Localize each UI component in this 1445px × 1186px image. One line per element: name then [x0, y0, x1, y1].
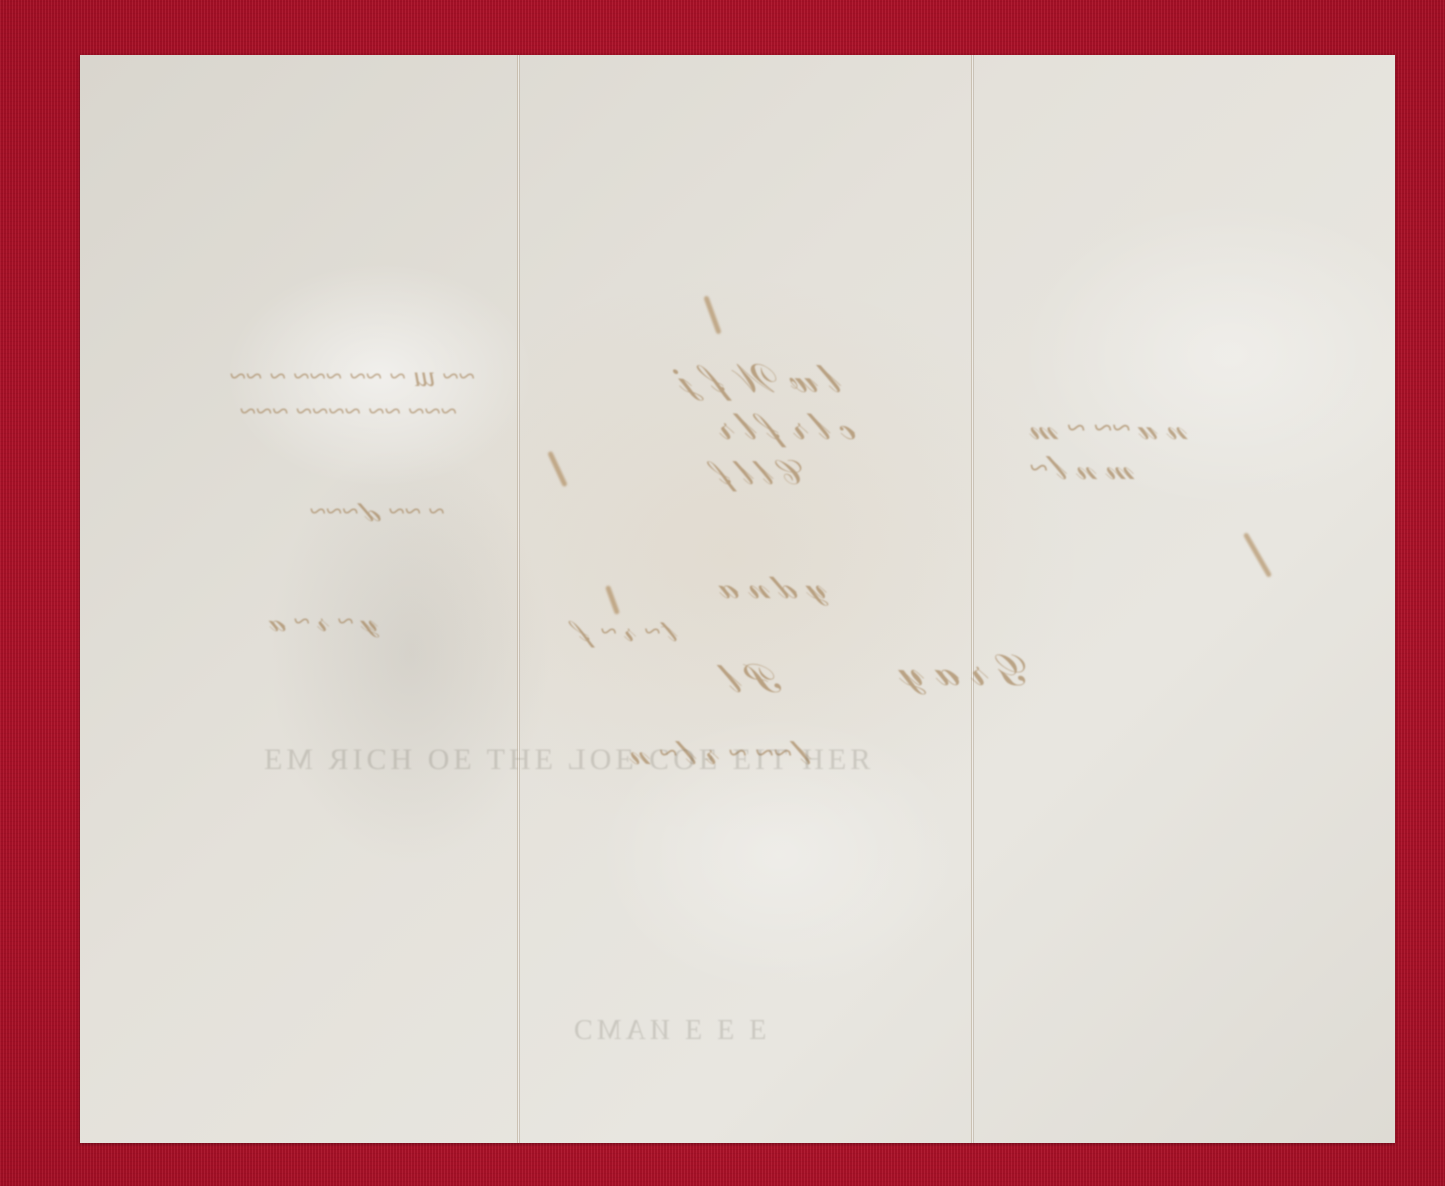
ink-stroke [547, 451, 568, 488]
ink-stroke [605, 585, 620, 615]
ink-stroke [703, 295, 721, 334]
bleed-through-handwriting: 𝓂 𝓃 𝓁 ~ [1030, 450, 1135, 488]
bleed-through-handwriting: 𝓃 𝓊 ~~ ~ 𝓂 [1030, 410, 1188, 448]
bleed-through-handwriting: 𝒫 𝓁 [730, 655, 782, 702]
ink-stroke [1243, 532, 1272, 578]
bleed-through-handwriting: 𝓉 ~ 𝓇 ~ 𝒻 [580, 615, 679, 649]
fold-line-right [971, 55, 974, 1143]
bleed-through-print: Ǝ Ǝ Ǝ ИAMƆ [570, 1015, 766, 1047]
bleed-through-handwriting: ~ ~~ 𝒹 ~~~ [310, 495, 445, 529]
bleed-through-handwriting: ~~ ɯ ~ ~~ ~~~ ~ ~~ [230, 360, 475, 394]
bleed-through-handwriting: 𝓎 𝒹 𝓃 𝒶 [720, 565, 828, 608]
document-sheet: ~~ ɯ ~ ~~ ~~~ ~ ~~ ~~~ ~~ ~~~~ ~~~ 𝓁 𝓌 𝒲… [80, 55, 1395, 1143]
bleed-through-handwriting: 𝒞 𝓁 𝓁 𝒻 [720, 455, 808, 493]
bleed-through-handwriting: 𝓁 𝓌 𝒲 𝒻 𝒿 [680, 355, 843, 402]
bleed-through-handwriting: 𝓎 ~ 𝓇 ~ 𝒶 [270, 605, 379, 639]
bleed-through-handwriting: ~~~ ~~ ~~~~ ~~~ [240, 395, 457, 429]
fold-line-left [517, 55, 520, 1143]
bleed-through-handwriting: 𝒢 𝓇 𝒶 𝓎 [900, 645, 1032, 696]
bleed-through-print: ЯƎH TIƎ ƎOƆ ƎOL ƎHT ƎO HƆIR MƎ [260, 743, 870, 777]
bleed-through-handwriting: 𝒸 𝓁 𝓇 𝒻 𝓁 𝓇 [720, 405, 857, 449]
